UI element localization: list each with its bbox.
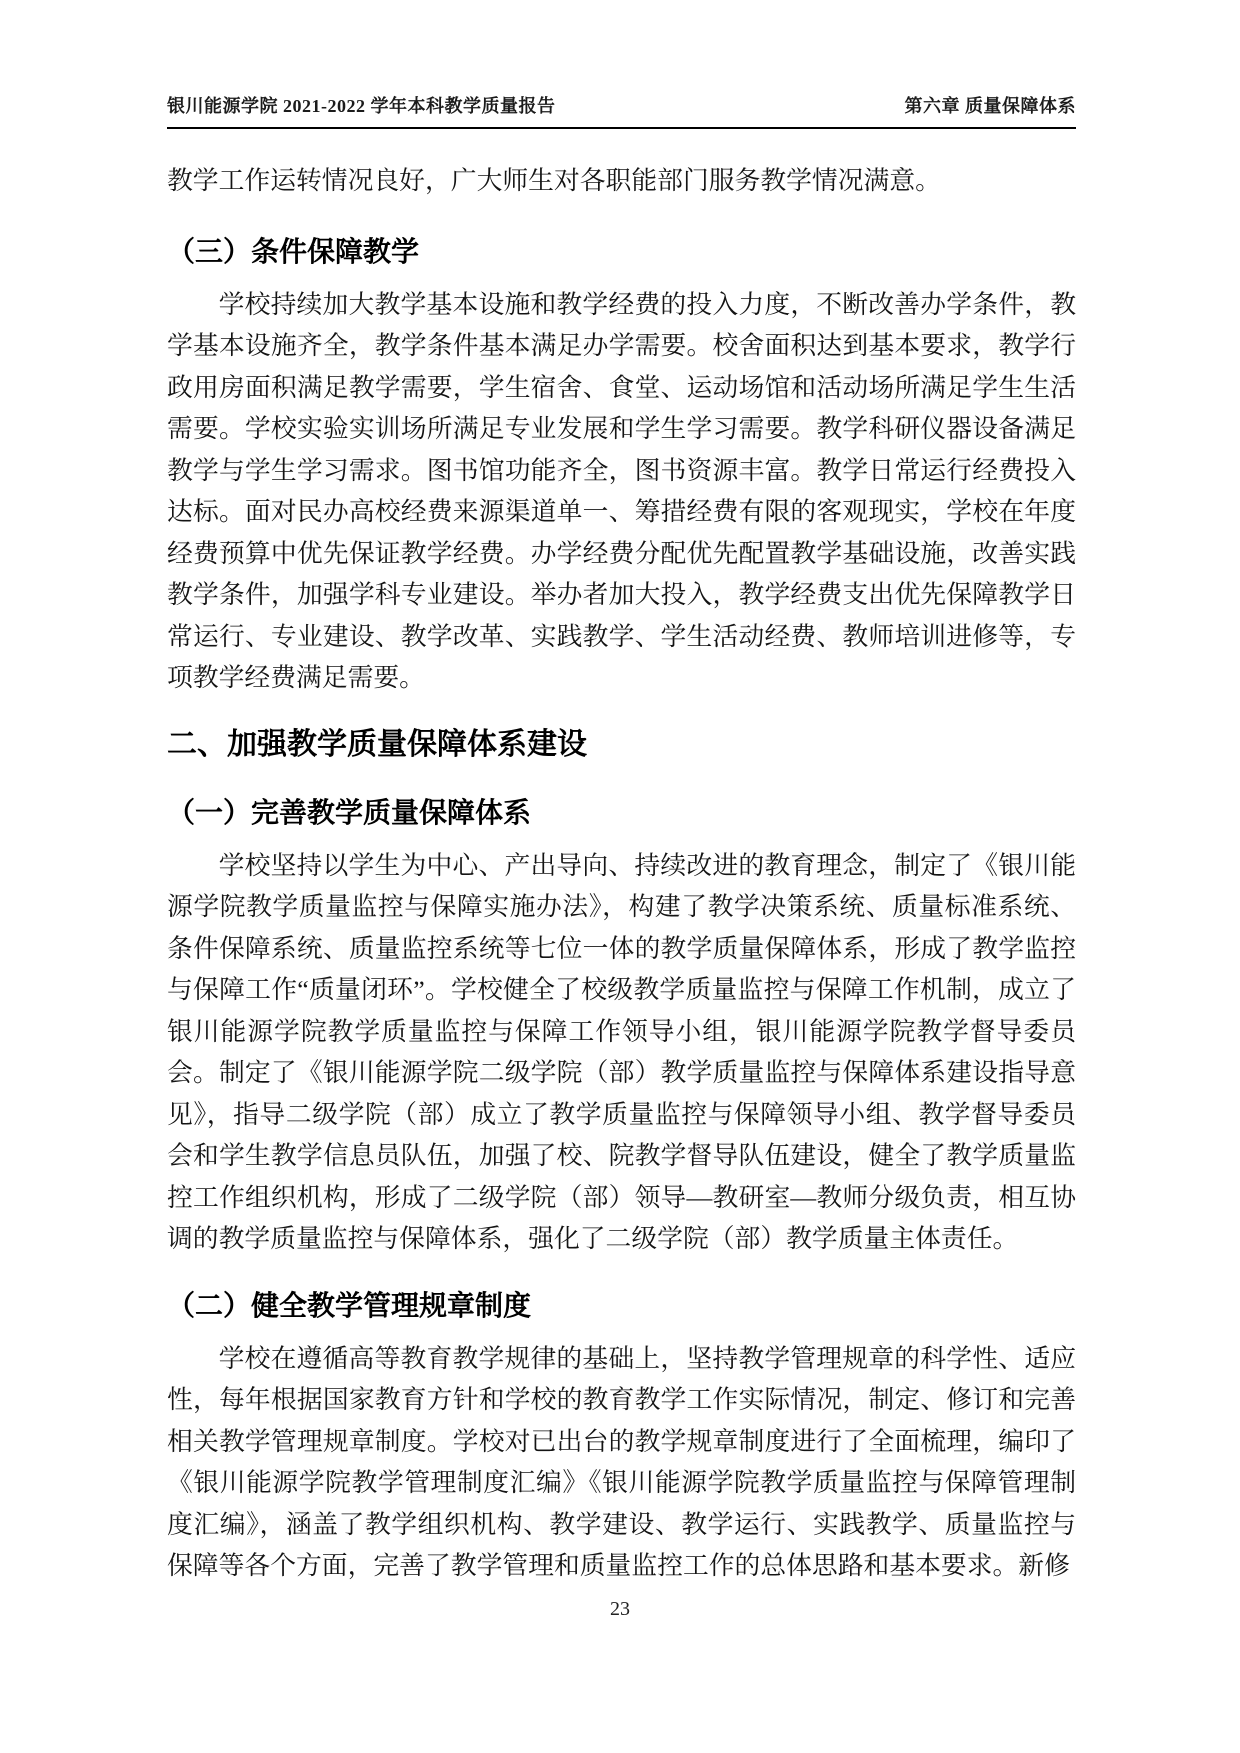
paragraph-jianquan-zhidu: 学校在遵循高等教育教学规律的基础上，坚持教学管理规章的科学性、适应性，每年根据国…: [167, 1338, 1076, 1587]
header-chapter-title: 第六章 质量保障体系: [905, 94, 1077, 119]
page-header: 银川能源学院 2021-2022 学年本科教学质量报告 第六章 质量保障体系: [167, 0, 1076, 119]
heading-section-wanshan-tixi: （一）完善教学质量保障体系: [167, 795, 1076, 831]
page-number: 23: [610, 1598, 630, 1620]
page-footer: 23: [0, 1598, 1240, 1621]
heading-section-jianquan-zhidu: （二）健全教学管理规章制度: [167, 1288, 1076, 1324]
heading-chapter-two: 二、加强教学质量保障体系建设: [167, 725, 1076, 765]
heading-section-tiaojian-baozhang: （三）条件保障教学: [167, 234, 1076, 270]
paragraph-tiaojian-baozhang: 学校持续加大教学基本设施和教学经费的投入力度，不断改善办学条件，教学基本设施齐全…: [167, 284, 1076, 699]
header-report-title: 银川能源学院 2021-2022 学年本科教学质量报告: [167, 94, 556, 119]
document-page: 银川能源学院 2021-2022 学年本科教学质量报告 第六章 质量保障体系 教…: [0, 0, 1240, 1753]
header-rule: [167, 127, 1076, 129]
paragraph-continuation: 教学工作运转情况良好，广大师生对各职能部门服务教学情况满意。: [167, 160, 1076, 202]
page-content: 银川能源学院 2021-2022 学年本科教学质量报告 第六章 质量保障体系 教…: [167, 0, 1076, 1587]
paragraph-wanshan-tixi: 学校坚持以学生为中心、产出导向、持续改进的教育理念，制定了《银川能源学院教学质量…: [167, 845, 1076, 1260]
